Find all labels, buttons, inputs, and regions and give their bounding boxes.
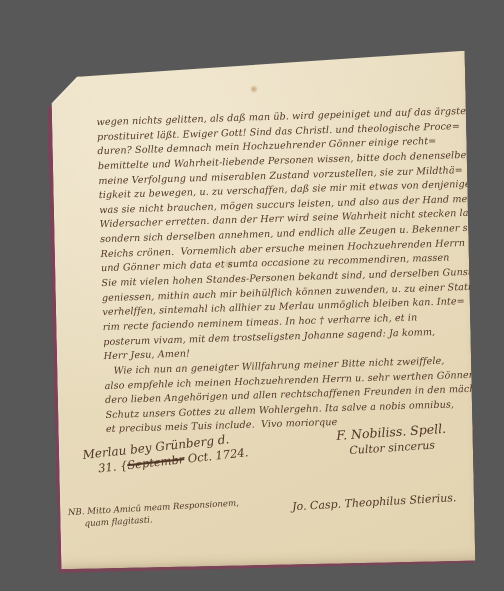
photo-background: wegen nichts gelitten, als daß man üb. w…	[0, 0, 504, 591]
dateline-day: 31. {	[97, 458, 128, 475]
postscript: NB. Mitto Amicū meam Responsionem, quam …	[68, 499, 240, 532]
folded-corner-edge	[52, 71, 84, 103]
letter-body: wegen nichts gelitten, als daß man üb. w…	[96, 105, 468, 438]
second-signature: Jo. Casp. Theophilus Stierius.	[291, 491, 456, 513]
letter-page: wegen nichts gelitten, als daß man üb. w…	[51, 51, 476, 570]
fox-stain	[249, 85, 258, 93]
signature-block: F. Nobiliss. Spell. Cultor sincerus	[336, 421, 448, 458]
